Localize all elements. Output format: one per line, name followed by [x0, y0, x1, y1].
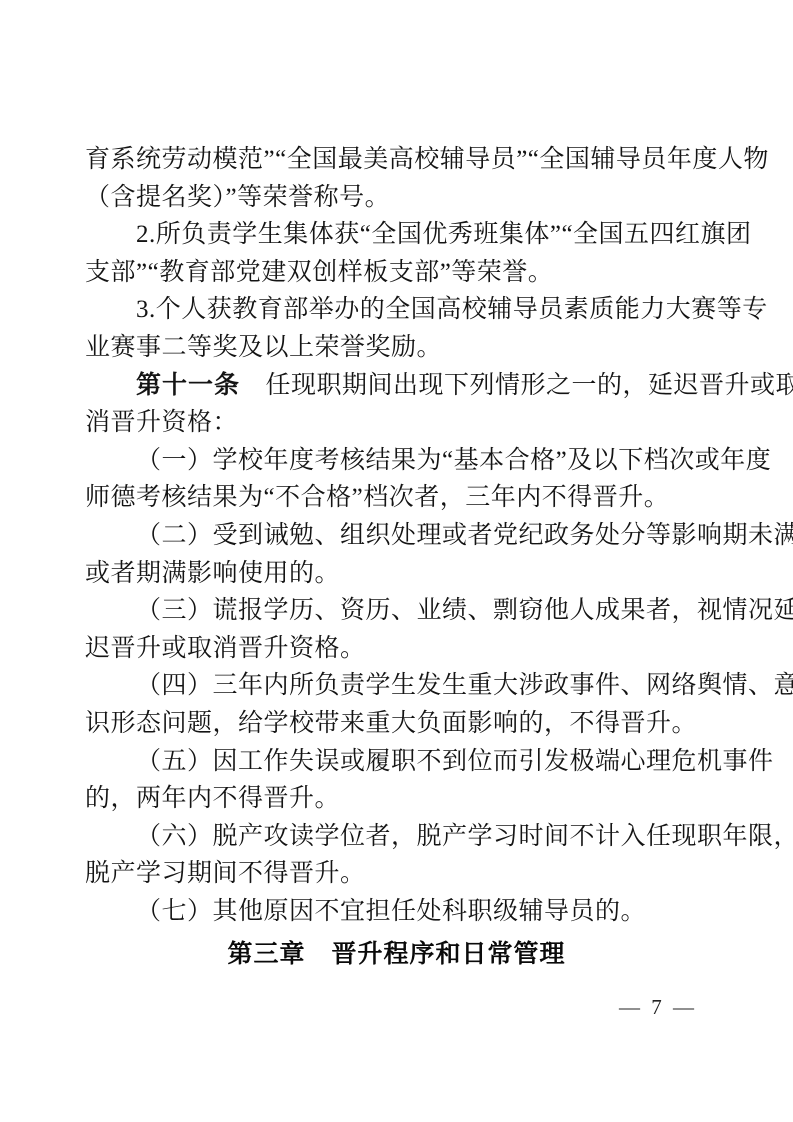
line-text: （二）受到诫勉、组织处理或者党纪政务处分等影响期未满: [136, 522, 793, 549]
line-text: 支部”“教育部党建双创样板支部”等荣誉。: [85, 259, 553, 286]
text-line: （二）受到诫勉、组织处理或者党纪政务处分等影响期未满: [85, 517, 717, 555]
text-line: 消晋升资格：: [85, 404, 717, 442]
text-line: 业赛事二等奖及以上荣誉奖励。: [85, 329, 717, 367]
line-text: （七）其他原因不宜担任处科职级辅导员的。: [136, 898, 646, 925]
line-text: 的，两年内不得晋升。: [85, 785, 340, 812]
text-line: 第十一条 任现职期间出现下列情形之一的，延迟晋升或取: [85, 367, 717, 405]
text-line: （六）脱产攻读学位者，脱产学习时间不计入任现职年限，: [85, 818, 717, 856]
text-line: 迟晋升或取消晋升资格。: [85, 630, 717, 668]
line-text: 育系统劳动模范”“全国最美高校辅导员”“全国辅导员年度人物: [85, 146, 769, 173]
document-page: 育系统劳动模范”“全国最美高校辅导员”“全国辅导员年度人物（含提名奖）”等荣誉称…: [0, 0, 793, 1122]
line-text: 3.个人获教育部举办的全国高校辅导员素质能力大赛等专: [136, 296, 768, 323]
line-text: （一）学校年度考核结果为“基本合格”及以下档次或年度: [136, 447, 771, 474]
text-line: 或者期满影响使用的。: [85, 555, 717, 593]
line-text: （五）因工作失误或履职不到位而引发极端心理危机事件: [136, 748, 774, 775]
line-text: 师德考核结果为“不合格”档次者，三年内不得晋升。: [85, 484, 669, 511]
line-text: （四）三年内所负责学生发生重大涉政事件、网络舆情、意: [136, 672, 793, 699]
chapter-heading: 第三章 晋升程序和日常管理: [0, 936, 793, 973]
line-text: （六）脱产攻读学位者，脱产学习时间不计入任现职年限，: [136, 823, 793, 850]
line-text: 迟晋升或取消晋升资格。: [85, 635, 366, 662]
text-line: 育系统劳动模范”“全国最美高校辅导员”“全国辅导员年度人物: [85, 141, 717, 179]
text-line: 的，两年内不得晋升。: [85, 780, 717, 818]
text-line: 识形态问题，给学校带来重大负面影响的，不得晋升。: [85, 705, 717, 743]
text-line: 脱产学习期间不得晋升。: [85, 855, 717, 893]
line-text: 或者期满影响使用的。: [85, 560, 340, 587]
line-text: 任现职期间出现下列情形之一的，延迟晋升或取: [240, 372, 793, 399]
line-text: 识形态问题，给学校带来重大负面影响的，不得晋升。: [85, 710, 697, 737]
text-line: 2.所负责学生集体获“全国优秀班集体”“全国五四红旗团: [85, 216, 717, 254]
page-number: — 7 —: [619, 993, 697, 1021]
line-text: 2.所负责学生集体获“全国优秀班集体”“全国五四红旗团: [136, 221, 752, 248]
line-text: 消晋升资格：: [85, 409, 238, 436]
text-line: 3.个人获教育部举办的全国高校辅导员素质能力大赛等专: [85, 291, 717, 329]
line-text: 业赛事二等奖及以上荣誉奖励。: [85, 334, 442, 361]
text-line: （七）其他原因不宜担任处科职级辅导员的。: [85, 893, 717, 931]
line-text: 脱产学习期间不得晋升。: [85, 860, 366, 887]
text-line: （一）学校年度考核结果为“基本合格”及以下档次或年度: [85, 442, 717, 480]
text-line: （四）三年内所负责学生发生重大涉政事件、网络舆情、意: [85, 667, 717, 705]
line-text: （含提名奖）”等荣誉称号。: [85, 184, 390, 211]
text-line: （含提名奖）”等荣誉称号。: [85, 179, 717, 217]
article-number: 第十一条: [136, 371, 240, 399]
text-line: （五）因工作失误或履职不到位而引发极端心理危机事件: [85, 743, 717, 781]
text-line: （三）谎报学历、资历、业绩、剽窃他人成果者，视情况延: [85, 592, 717, 630]
line-text: （三）谎报学历、资历、业绩、剽窃他人成果者，视情况延: [136, 597, 793, 624]
document-body: 育系统劳动模范”“全国最美高校辅导员”“全国辅导员年度人物（含提名奖）”等荣誉称…: [85, 141, 717, 930]
text-line: 支部”“教育部党建双创样板支部”等荣誉。: [85, 254, 717, 292]
text-line: 师德考核结果为“不合格”档次者，三年内不得晋升。: [85, 479, 717, 517]
